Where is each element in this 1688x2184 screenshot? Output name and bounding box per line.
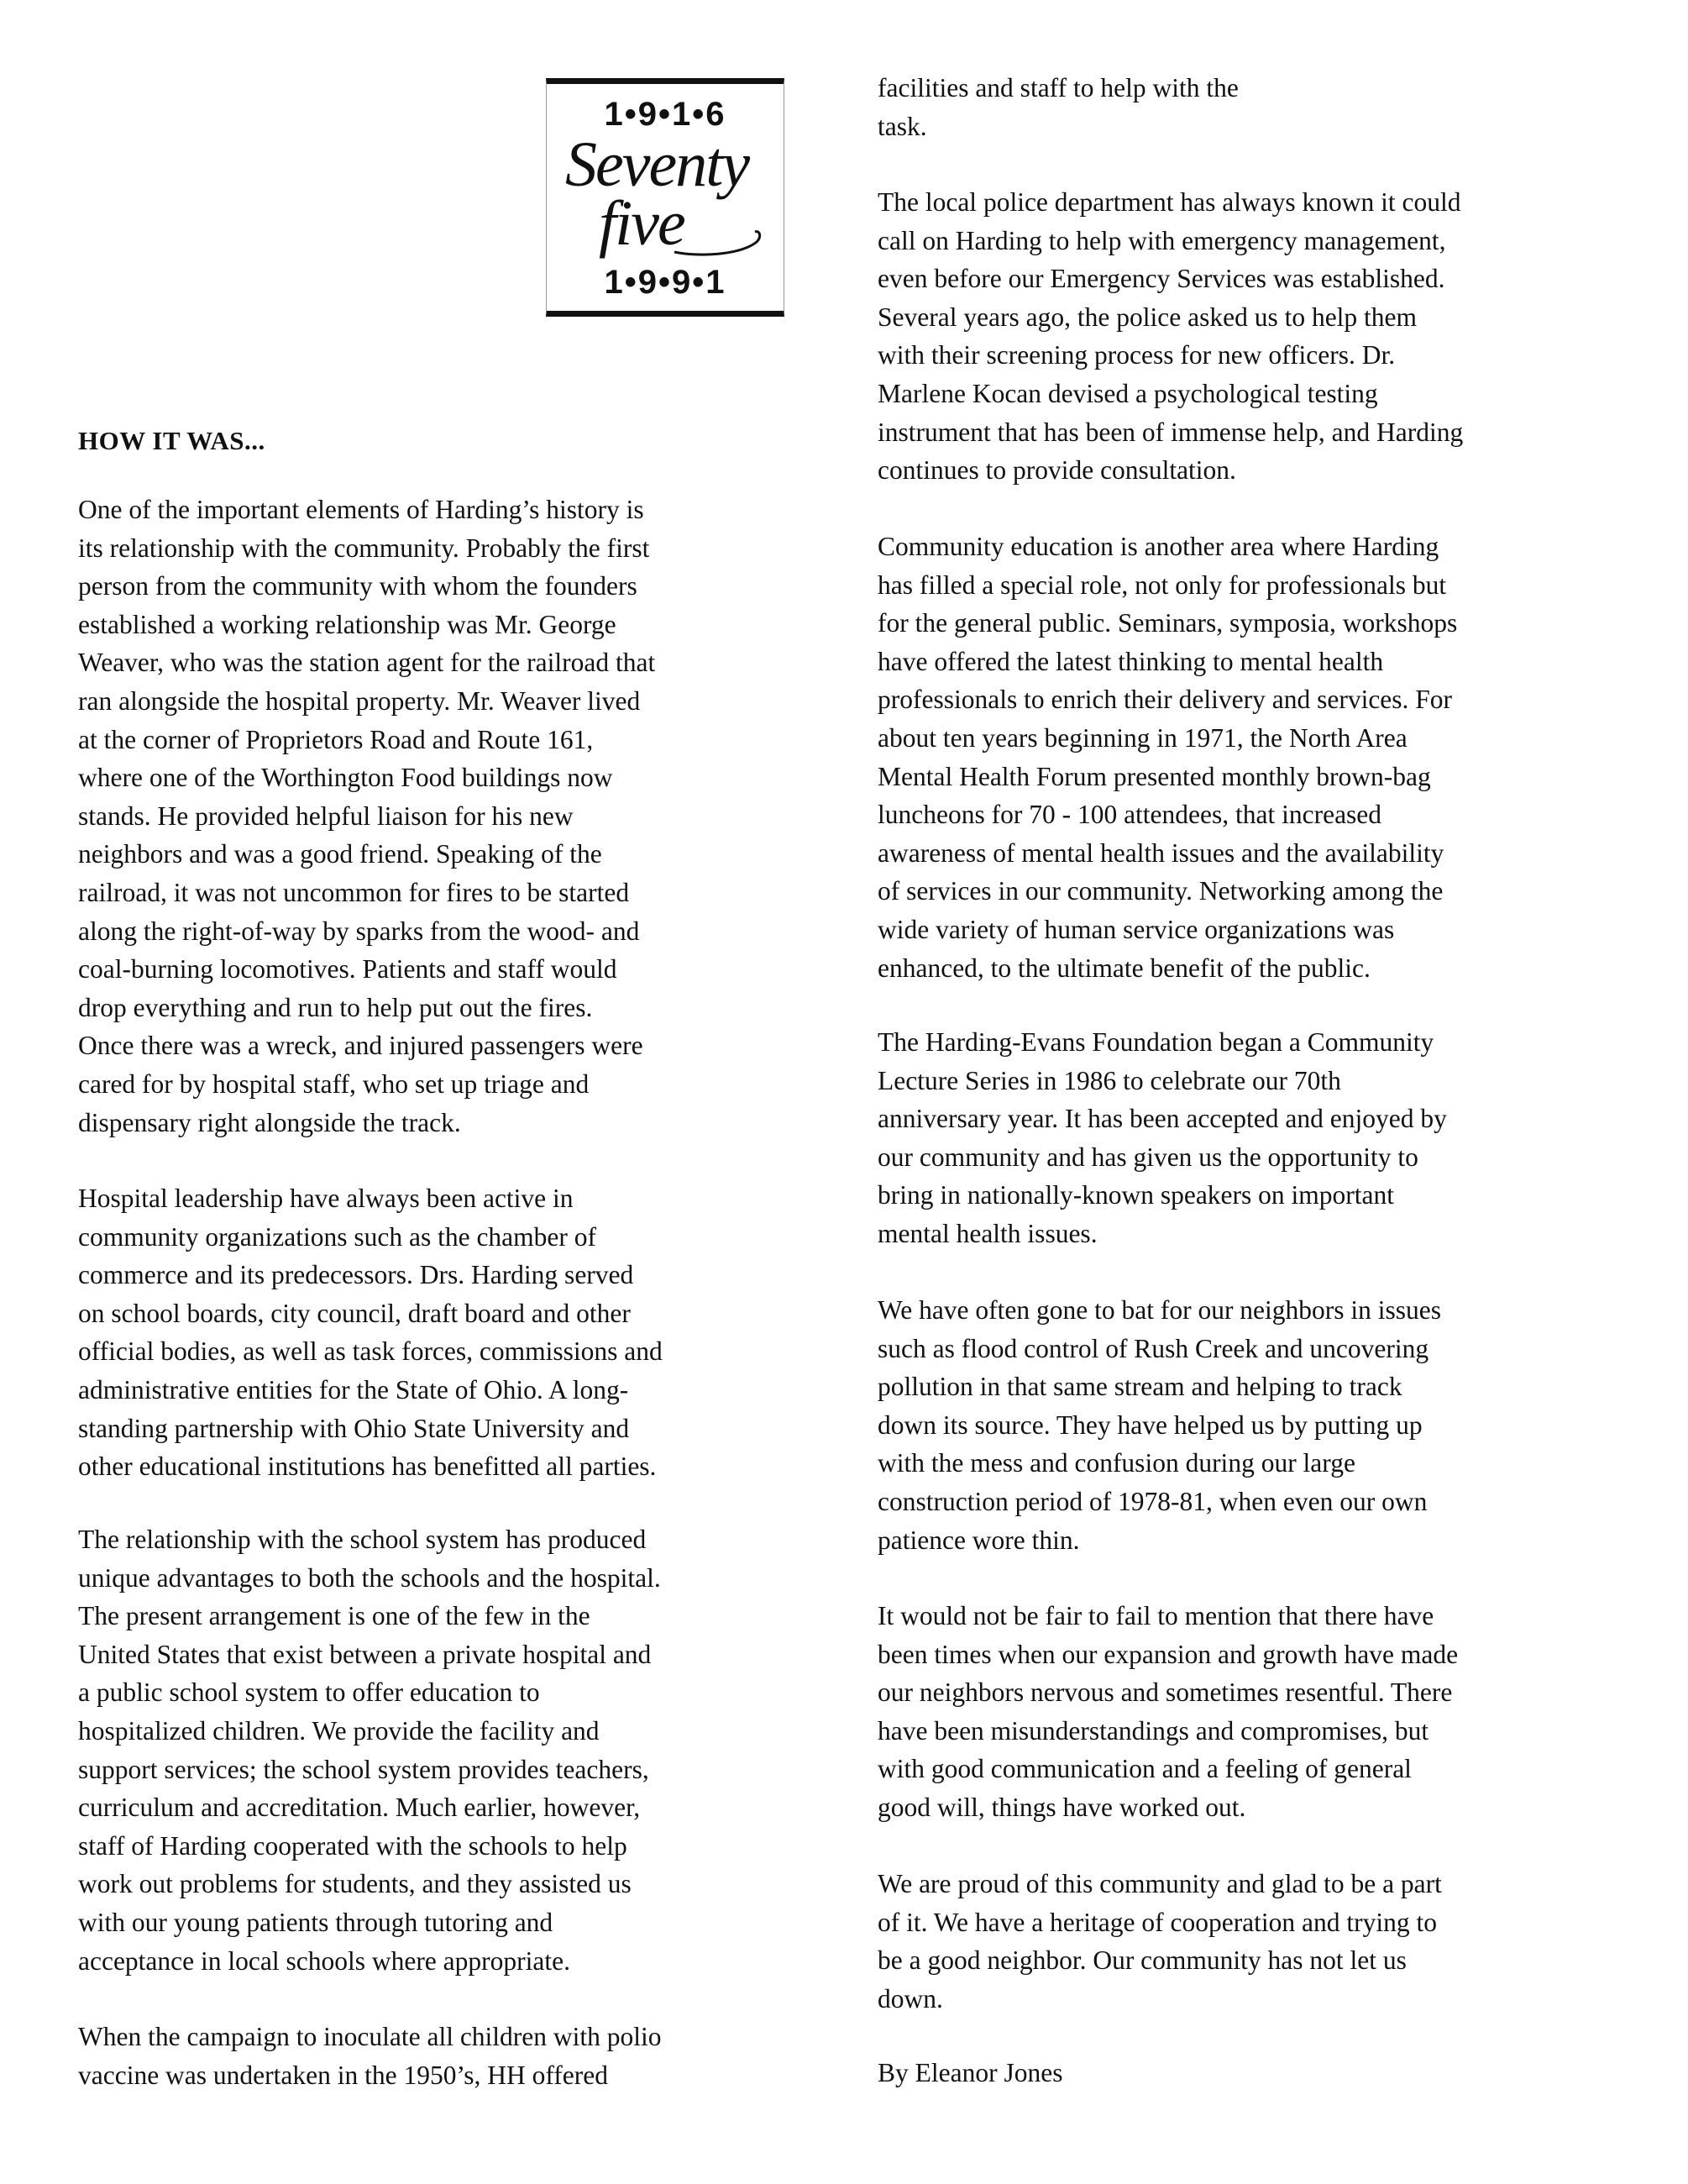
paragraph-line: a public school system to offer educatio… [78, 1673, 540, 1712]
paragraph-line: our neighbors nervous and sometimes rese… [878, 1673, 1452, 1712]
paragraph-line: curriculum and accreditation. Much earli… [78, 1788, 640, 1827]
paragraph-line: work out problems for students, and they… [78, 1865, 632, 1903]
paragraph-line: Hospital leadership have always been act… [78, 1179, 574, 1218]
paragraph-line: down its source. They have helped us by … [878, 1406, 1423, 1445]
logo-script-seventy: Seventy [565, 133, 748, 197]
paragraph-line: enhanced, to the ultimate benefit of the… [878, 949, 1371, 988]
paragraph-line: When the campaign to inoculate all child… [78, 2018, 662, 2056]
paragraph-line: established a working relationship was M… [78, 606, 616, 644]
paragraph-line: standing partnership with Ohio State Uni… [78, 1410, 629, 1448]
paragraph-line: We have often gone to bat for our neighb… [878, 1291, 1441, 1330]
logo-script-five: five [599, 192, 684, 255]
paragraph-line: continues to provide consultation. [878, 451, 1236, 490]
paragraph-line: drop everything and run to help put out … [78, 989, 592, 1027]
paragraph-line: acceptance in local schools where approp… [78, 1942, 570, 1981]
paragraph-line: be a good neighbor. Our community has no… [878, 1941, 1407, 1980]
paragraph-line: its relationship with the community. Pro… [78, 529, 649, 568]
paragraph-line: have been misunderstandings and compromi… [878, 1712, 1429, 1751]
paragraph-line: Lecture Series in 1986 to celebrate our … [878, 1062, 1341, 1100]
paragraph-line: pollution in that same stream and helpin… [878, 1368, 1402, 1406]
logo-swash-icon [673, 227, 765, 257]
paragraph-line: where one of the Worthington Food buildi… [78, 759, 612, 797]
paragraph-line: administrative entities for the State of… [78, 1371, 628, 1410]
paragraph-line: One of the important elements of Harding… [78, 491, 644, 529]
paragraph-line: railroad, it was not uncommon for fires … [78, 874, 629, 912]
paragraph-line: patience wore thin. [878, 1521, 1080, 1560]
article-heading: HOW IT WAS... [78, 422, 265, 460]
paragraph-line: construction period of 1978-81, when eve… [878, 1483, 1427, 1521]
paragraph-line: unique advantages to both the schools an… [78, 1559, 661, 1598]
paragraph-line: professionals to enrich their delivery a… [878, 680, 1452, 719]
paragraph-line: Community education is another area wher… [878, 528, 1439, 566]
paragraph-line: stands. He provided helpful liaison for … [78, 797, 574, 836]
paragraph-line: mental health issues. [878, 1215, 1098, 1253]
paragraph-line: We are proud of this community and glad … [878, 1865, 1442, 1903]
paragraph-line: wide variety of human service organizati… [878, 911, 1394, 949]
paragraph-line: staff of Harding cooperated with the sch… [78, 1827, 627, 1866]
paragraph-line: luncheons for 70 - 100 attendees, that i… [878, 795, 1381, 834]
paragraph-line: along the right-of-way by sparks from th… [78, 912, 639, 951]
paragraph-line: support services; the school system prov… [78, 1751, 649, 1789]
paragraph-line: our community and has given us the oppor… [878, 1138, 1418, 1177]
paragraph-line: at the corner of Proprietors Road and Ro… [78, 721, 593, 759]
paragraph-line: official bodies, as well as task forces,… [78, 1332, 663, 1371]
document-page: 1•9•1•6 Seventy five 1•9•9•1 HOW IT WAS.… [0, 0, 1688, 2184]
paragraph-line: The relationship with the school system … [78, 1520, 646, 1559]
paragraph-line: hospitalized children. We provide the fa… [78, 1712, 600, 1751]
paragraph-line: have offered the latest thinking to ment… [878, 643, 1383, 681]
paragraph-line: coal-burning locomotives. Patients and s… [78, 950, 617, 989]
paragraph-line: United States that exist between a priva… [78, 1635, 651, 1674]
paragraph-line: commerce and its predecessors. Drs. Hard… [78, 1256, 633, 1294]
paragraph-line: task. [878, 108, 927, 146]
paragraph-line: Once there was a wreck, and injured pass… [78, 1026, 643, 1065]
paragraph-line: good will, things have worked out. [878, 1788, 1245, 1827]
byline: By Eleanor Jones [878, 2054, 1062, 2092]
paragraph-line: vaccine was undertaken in the 1950’s, HH… [78, 2056, 608, 2095]
paragraph-line: Several years ago, the police asked us t… [878, 298, 1417, 337]
paragraph-line: with our young patients through tutoring… [78, 1903, 553, 1942]
paragraph-line: such as flood control of Rush Creek and … [878, 1330, 1429, 1368]
paragraph-line: dispensary right alongside the track. [78, 1104, 461, 1142]
paragraph-line: about ten years beginning in 1971, the N… [878, 719, 1408, 758]
paragraph-line: Marlene Kocan devised a psychological te… [878, 375, 1378, 413]
paragraph-line: neighbors and was a good friend. Speakin… [78, 835, 602, 874]
logo-start-year: 1•9•1•6 [547, 97, 784, 131]
paragraph-line: for the general public. Seminars, sympos… [878, 604, 1457, 643]
paragraph-line: It would not be fair to fail to mention … [878, 1597, 1434, 1635]
paragraph-line: bring in nationally-known speakers on im… [878, 1176, 1394, 1215]
paragraph-line: The present arrangement is one of the fe… [78, 1597, 590, 1635]
paragraph-line: Mental Health Forum presented monthly br… [878, 758, 1431, 796]
paragraph-line: been times when our expansion and growth… [878, 1635, 1458, 1674]
paragraph-line: with the mess and confusion during our l… [878, 1444, 1355, 1483]
paragraph-line: awareness of mental health issues and th… [878, 834, 1444, 873]
paragraph-line: person from the community with whom the … [78, 567, 637, 606]
paragraph-line: of services in our community. Networking… [878, 872, 1443, 911]
paragraph-line: other educational institutions has benef… [78, 1447, 656, 1486]
paragraph-line: facilities and staff to help with the [878, 69, 1239, 108]
paragraph-line: instrument that has been of immense help… [878, 413, 1463, 452]
paragraph-line: even before our Emergency Services was e… [878, 260, 1445, 298]
paragraph-line: down. [878, 1980, 943, 2019]
paragraph-line: cared for by hospital staff, who set up … [78, 1065, 589, 1104]
paragraph-line: on school boards, city council, draft bo… [78, 1294, 631, 1333]
anniversary-logo: 1•9•1•6 Seventy five 1•9•9•1 [546, 78, 784, 317]
paragraph-line: ran alongside the hospital property. Mr.… [78, 682, 640, 721]
paragraph-line: with good communication and a feeling of… [878, 1750, 1412, 1788]
logo-end-year: 1•9•9•1 [547, 265, 784, 299]
paragraph-line: of it. We have a heritage of cooperation… [878, 1903, 1437, 1942]
paragraph-line: anniversary year. It has been accepted a… [878, 1100, 1447, 1138]
paragraph-line: The Harding-Evans Foundation began a Com… [878, 1023, 1434, 1062]
paragraph-line: The local police department has always k… [878, 183, 1461, 222]
paragraph-line: with their screening process for new off… [878, 336, 1395, 375]
paragraph-line: call on Harding to help with emergency m… [878, 222, 1445, 260]
paragraph-line: Weaver, who was the station agent for th… [78, 643, 655, 682]
paragraph-line: has filled a special role, not only for … [878, 566, 1446, 605]
paragraph-line: community organizations such as the cham… [78, 1218, 596, 1257]
